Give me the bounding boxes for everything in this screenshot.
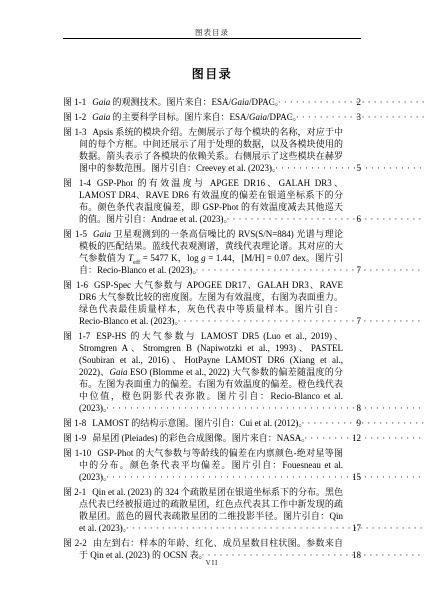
document-page: 图表目录 图目录 图 1-1Gaia 的观测技术。图片来自：ESA/Gaia/D… xyxy=(0,0,424,600)
figure-label: 图 1-3 xyxy=(63,127,86,137)
header-rule xyxy=(63,38,361,39)
figure-label: 图 2-2 xyxy=(63,538,87,548)
dot-leader xyxy=(284,96,343,108)
page-title: 图目录 xyxy=(0,65,424,82)
toc-entry-text: 图 1-5Gaia 卫星观测到的一条高信噪比的 RVS(S/N=884) 光谱与… xyxy=(63,228,343,276)
toc-entry[interactable]: 图 1-10GSP-Phot 的大气参数与等龄线的偏差在内禀颜色-绝对星等图中的… xyxy=(63,447,361,483)
dot-leader xyxy=(302,111,343,123)
page-number[interactable]: 8 xyxy=(357,402,362,414)
page-number-footer: VII xyxy=(0,559,424,567)
toc-entry[interactable]: 图 1-5Gaia 卫星观测到的一条高信噪比的 RVS(S/N=884) 光谱与… xyxy=(63,228,361,276)
dot-leader xyxy=(307,417,343,429)
figure-label: 图 1-6 xyxy=(63,280,88,290)
toc-entry[interactable]: 图 1-1Gaia 的观测技术。图片来自：ESA/Gaia/DPAC。 2 xyxy=(63,96,361,108)
figure-caption: LAMOST 的结构示意图。图片引自：Cui et al. (2012)。 xyxy=(92,418,307,428)
toc-entry[interactable]: 图 1-2Gaia 的主要科学目标。图片来自：ESA/Gaia/DPAC。 3 xyxy=(63,111,361,123)
toc-entry-text: 图 1-8LAMOST 的结构示意图。图片引自：Cui et al. (2012… xyxy=(63,417,343,429)
toc-entry[interactable]: 图 1-7ESP-HS 的大气参数与 LAMOST DR5 (Luo et al… xyxy=(63,330,361,414)
figure-caption: ESP-HS 的大气参数与 LAMOST DR5 (Luo et al., 20… xyxy=(79,331,343,413)
page-number[interactable]: 2 xyxy=(357,96,362,108)
figure-label: 图 1-2 xyxy=(63,112,86,122)
toc-entry-text: 图 2-2由左到右：样本的年龄、红化、成员星数目柱状图。参数来自于 Qin et… xyxy=(63,537,343,561)
toc-entry[interactable]: 图 1-6GSP-Spec 大气参数与 APOGEE DR17、GALAH DR… xyxy=(63,279,361,327)
toc-entry-text: 图 1-1Gaia 的观测技术。图片来自：ESA/Gaia/DPAC。 xyxy=(63,96,343,108)
page-number[interactable]: 5 xyxy=(357,162,362,174)
figure-label: 图 1-10 xyxy=(63,448,91,458)
figure-label: 图 2-1 xyxy=(63,487,86,497)
figure-list: 图 1-1Gaia 的观测技术。图片来自：ESA/Gaia/DPAC。 2 图 … xyxy=(63,96,361,564)
dot-leader xyxy=(183,315,343,327)
toc-entry-text: 图 1-10GSP-Phot 的大气参数与等龄线的偏差在内禀颜色-绝对星等图中的… xyxy=(63,447,343,483)
figure-label: 图 1-8 xyxy=(63,418,86,428)
dot-leader xyxy=(232,213,343,225)
toc-entry-text: 图 1-7ESP-HS 的大气参数与 LAMOST DR5 (Luo et al… xyxy=(63,330,343,414)
figure-caption: Gaia 的观测技术。图片来自：ESA/Gaia/DPAC。 xyxy=(92,97,283,107)
page-number[interactable]: 9 xyxy=(357,417,362,429)
toc-entry-text: 图 1-6GSP-Spec 大气参数与 APOGEE DR17、GALAH DR… xyxy=(63,279,343,327)
page-number[interactable]: 17 xyxy=(352,522,361,534)
figure-label: 图 1-5 xyxy=(63,229,87,239)
page-number[interactable]: 6 xyxy=(357,213,362,225)
running-header: 图表目录 xyxy=(0,27,424,38)
figure-label: 图 1-4 xyxy=(63,178,91,188)
figure-caption: 昴星团 (Pleiades) 的彩色合成图像。图片来自：NASA。 xyxy=(92,433,310,443)
page-number[interactable]: 3 xyxy=(357,111,362,123)
page-number[interactable]: 15 xyxy=(352,471,361,483)
dot-leader xyxy=(281,162,343,174)
toc-entry[interactable]: 图 2-2由左到右：样本的年龄、红化、成员星数目柱状图。参数来自于 Qin et… xyxy=(63,537,361,561)
dot-leader xyxy=(201,264,343,276)
figure-caption: Gaia 的主要科学目标。图片来自：ESA/Gaia/DPAC。 xyxy=(92,112,301,122)
figure-label: 图 1-9 xyxy=(63,433,86,443)
toc-entry[interactable]: 图 1-3Apsis 系统的模块介绍。左侧展示了每个模块的名称，对应于中间的每个… xyxy=(63,126,361,174)
toc-entry-text: 图 1-4GSP-Phot 的有效温度与 APGEE DR16、GALAH DR… xyxy=(63,177,343,225)
dot-leader xyxy=(112,471,343,483)
toc-entry[interactable]: 图 2-1Qin et al. (2023) 的 324 个疏散星团在银道坐标系… xyxy=(63,486,361,534)
toc-entry-text: 图 1-9昴星团 (Pleiades) 的彩色合成图像。图片来自：NASA。 xyxy=(63,432,343,444)
page-number[interactable]: 7 xyxy=(357,264,362,276)
figure-label: 图 1-1 xyxy=(63,97,86,107)
page-number[interactable]: 7 xyxy=(357,315,362,327)
figure-label: 图 1-7 xyxy=(63,331,90,341)
page-number[interactable]: 12 xyxy=(352,432,361,444)
dot-leader xyxy=(310,432,343,444)
toc-entry[interactable]: 图 1-8LAMOST 的结构示意图。图片引自：Cui et al. (2012… xyxy=(63,417,361,429)
toc-entry-text: 图 1-2Gaia 的主要科学目标。图片来自：ESA/Gaia/DPAC。 xyxy=(63,111,343,123)
dot-leader xyxy=(112,402,343,414)
toc-entry-text: 图 1-3Apsis 系统的模块介绍。左侧展示了每个模块的名称，对应于中间的每个… xyxy=(63,126,343,174)
dot-leader xyxy=(132,522,343,534)
toc-entry[interactable]: 图 1-9昴星团 (Pleiades) 的彩色合成图像。图片来自：NASA。 1… xyxy=(63,432,361,444)
toc-entry-text: 图 2-1Qin et al. (2023) 的 324 个疏散星团在银道坐标系… xyxy=(63,486,343,534)
toc-entry[interactable]: 图 1-4GSP-Phot 的有效温度与 APGEE DR16、GALAH DR… xyxy=(63,177,361,225)
